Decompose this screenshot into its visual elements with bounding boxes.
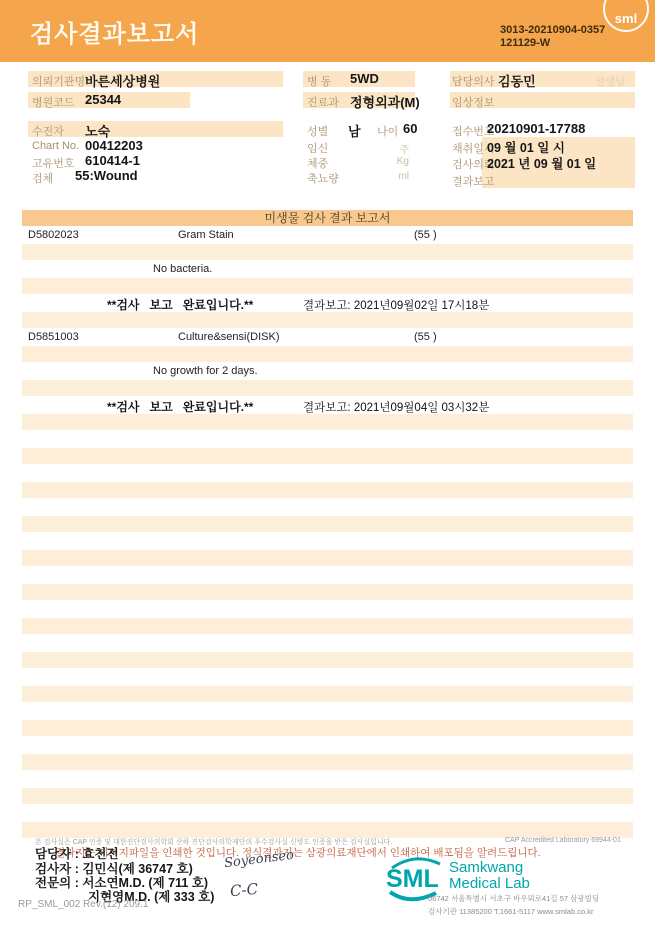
field-value: 610414-1 — [85, 153, 140, 168]
test-reported-datetime: 결과보고: 2021년09월02일 17시18분 — [303, 297, 489, 313]
field-department: 진료과 정형외과(M) — [303, 92, 433, 108]
test-specimen: (55 ) — [414, 331, 437, 343]
sml-circle-logo-icon: sml — [603, 0, 649, 32]
lab-contact: 검사기관 11385200 T.1661-5117 www.smlab.co.k… — [428, 906, 593, 917]
field-value: 55:Wound — [75, 168, 138, 183]
field-label: Chart No. — [32, 140, 79, 152]
field-referrer: 의뢰기관명 바른세상병원 — [28, 71, 283, 87]
micro-stripe-row — [22, 380, 633, 396]
lab-report-page: 검사결과보고서 3013-20210904-0357 121129-W sml … — [0, 0, 655, 925]
micro-empty-row — [22, 498, 633, 516]
field-sex-age: 성별 남 나이 60 — [303, 121, 433, 137]
field-urine: 축뇨량 ml — [303, 168, 415, 184]
micro-empty-row — [22, 464, 633, 482]
field-collected: 채취일시 09 월 01 일 시 — [450, 138, 635, 154]
svg-text:SML: SML — [386, 865, 439, 893]
test-name: Gram Stain — [178, 229, 234, 241]
micro-empty-row — [22, 770, 633, 788]
document-number-line2: 121129-W — [500, 37, 605, 50]
field-value: 00412203 — [85, 138, 143, 153]
field-clinical-info: 임상정보 — [450, 92, 635, 108]
test-code: D5851003 — [28, 331, 79, 343]
micro-stripe-row — [22, 720, 633, 736]
micro-test-row: D5851003Culture&sensi(DISK)(55 ) — [22, 328, 633, 346]
test-specimen: (55 ) — [414, 229, 437, 241]
micro-stripe-row — [22, 448, 633, 464]
field-value: 2021 년 09 월 01 일 — [487, 154, 596, 172]
cap-accredited-label: CAP Accredited Laboratory 69944-01 — [505, 837, 621, 844]
micro-stripe-row — [22, 686, 633, 702]
test-complete-message: **검사 보고 완료입니다.** — [107, 398, 253, 415]
field-value: 60 — [403, 121, 417, 136]
test-result: No bacteria. — [153, 263, 212, 275]
micro-empty-row — [22, 600, 633, 618]
micro-empty-row — [22, 566, 633, 584]
micro-stripe-row — [22, 584, 633, 600]
micro-stripe-row — [22, 244, 633, 260]
field-label: 병 동 — [307, 73, 331, 89]
micro-result-row: No bacteria. — [22, 260, 633, 278]
field-value: 바른세상병원 — [85, 71, 160, 90]
lab-address: 06742 서울특별시 서초구 바우뫼로41길 57 삼광빌딩 — [428, 893, 599, 904]
micro-stripe-row — [22, 652, 633, 668]
header-banner: 검사결과보고서 3013-20210904-0357 121129-W sml — [0, 0, 655, 62]
field-value: 20210901-17788 — [487, 121, 585, 136]
micro-stripe-row — [22, 312, 633, 328]
field-ward: 병 동 5WD — [303, 71, 415, 87]
micro-stripe-row — [22, 754, 633, 770]
micro-section-title: 미생물 검사 결과 보고서 — [22, 210, 633, 226]
field-weight: 체중 Kg — [303, 153, 415, 169]
micro-result-row: No growth for 2 days. — [22, 362, 633, 380]
micro-complete-row: **검사 보고 완료입니다.**결과보고: 2021년09월02일 17시18분 — [22, 294, 633, 312]
micro-test-row: D5802023Gram Stain(55 ) — [22, 226, 633, 244]
field-label: 진료과 — [307, 94, 339, 110]
micro-stripe-row — [22, 516, 633, 532]
field-pregnancy: 임신 주 — [303, 138, 415, 154]
micro-stripe-row — [22, 550, 633, 566]
field-label: 병원코드 — [32, 94, 75, 110]
field-label: 결과보고 — [452, 173, 495, 189]
micro-empty-row — [22, 430, 633, 448]
micro-stripe-row — [22, 414, 633, 430]
field-specimen: 검체 55:Wound — [28, 168, 283, 184]
micro-empty-row — [22, 634, 633, 652]
micro-stripe-row — [22, 618, 633, 634]
field-unique-no: 고유번호 610414-1 — [28, 153, 283, 169]
micro-empty-row — [22, 532, 633, 550]
test-complete-message: **검사 보고 완료입니다.** — [107, 296, 253, 313]
field-value: 김동민 — [498, 71, 536, 90]
field-receipt-no: 접수번호 20210901-17788 — [450, 121, 635, 137]
test-result: No growth for 2 days. — [153, 365, 258, 377]
micro-stripe-row — [22, 822, 633, 838]
field-label: 검체 — [32, 170, 53, 186]
micro-complete-row: **검사 보고 완료입니다.**결과보고: 2021년09월04일 03시32분 — [22, 396, 633, 414]
micro-stripe-row — [22, 346, 633, 362]
field-suffix: 선생님 — [595, 74, 625, 89]
field-unit: Kg — [397, 156, 409, 167]
page-title: 검사결과보고서 — [30, 14, 199, 49]
field-label: 수진자 — [32, 123, 64, 139]
field-value: 5WD — [350, 71, 379, 86]
field-doctor: 담당의사 김동민 선생님 — [450, 71, 635, 87]
field-label: 나이 — [377, 123, 398, 139]
micro-stripe-row — [22, 278, 633, 294]
test-reported-datetime: 결과보고: 2021년09월04일 03시32분 — [303, 399, 489, 415]
sml-logo-name-line2: Medical Lab — [449, 876, 530, 892]
micro-stripe-row — [22, 788, 633, 804]
field-hospital-code: 병원코드 25344 — [28, 92, 283, 108]
print-notice: 결과지는 이미지파일을 인쇄한 것입니다. 정식결과지는 삼광의료재단에서 인쇄… — [55, 845, 541, 860]
field-patient: 수진자 노숙 — [28, 121, 283, 137]
sml-logo-name-line1: Samkwang — [449, 860, 530, 876]
document-number: 3013-20210904-0357 121129-W — [500, 24, 605, 50]
field-label: 의뢰기관명 — [32, 73, 85, 89]
field-label: 담당의사 — [452, 73, 495, 89]
micro-empty-row — [22, 736, 633, 754]
sml-logo-name: Samkwang Medical Lab — [449, 860, 530, 892]
micro-rows: D5802023Gram Stain(55 )No bacteria.**검사 … — [22, 226, 633, 838]
signature-2: C-C — [229, 880, 258, 900]
test-code: D5802023 — [28, 229, 79, 241]
field-value: 25344 — [85, 92, 121, 107]
field-label: 축뇨량 — [307, 170, 339, 186]
field-unit: ml — [398, 171, 409, 182]
field-reported: 결과보고 — [450, 171, 635, 187]
test-name: Culture&sensi(DISK) — [178, 331, 279, 343]
micro-empty-row — [22, 668, 633, 686]
field-value: 정형외과(M) — [350, 92, 420, 111]
micro-empty-row — [22, 702, 633, 720]
field-chart-no: Chart No. 00412203 — [28, 138, 283, 154]
form-code: RP_SML_002 Rev.(12) 209.1 — [18, 899, 148, 910]
micro-empty-row — [22, 804, 633, 822]
field-label: 임상정보 — [452, 94, 495, 110]
micro-stripe-row — [22, 482, 633, 498]
field-requested: 검사의뢰 2021 년 09 월 01 일 — [450, 154, 635, 170]
field-label: 성별 — [307, 123, 328, 139]
document-number-line1: 3013-20210904-0357 — [500, 24, 605, 37]
